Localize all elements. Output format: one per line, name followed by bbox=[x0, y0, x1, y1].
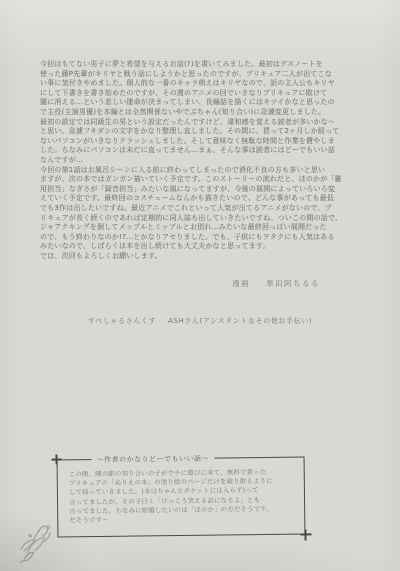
text-line: 今回の第1話はお風呂シーンに入る前に終わってしまったので消化不良の方も多いと思い bbox=[40, 166, 366, 176]
text-line: ジャアクキングを倒してメップルとミップルとお別れ…みたいな最終回っぽい展開だった bbox=[40, 223, 366, 233]
text-line: 使った藤P先輩がキリヤと戦う話にしようかと思ったのですが、プリキュア二人が出てこ… bbox=[40, 70, 366, 80]
special-thanks-credit: ASHさん(アシスタント＆その他お手伝い) bbox=[168, 316, 312, 326]
text-line: ので、もう終わりなのか!?…とかなりアセりました。でも、子供にもヲタクにも人気は… bbox=[40, 233, 366, 243]
special-thanks-line: すぺしゃるさんくす ASHさん(アシスタント＆その他お手伝い) bbox=[0, 316, 400, 326]
text-line: みたいなので、しばらくは本を出し続けても大丈夫かなと思ってます。 bbox=[40, 242, 366, 252]
box-corner-tick bbox=[305, 529, 307, 540]
text-line: にして下書きを書き始めたのですが、その週のアニメの回でいきなりプリキュアに敗けて bbox=[40, 89, 366, 99]
signature-name: 華田阿ちるる bbox=[266, 278, 320, 289]
text-line: リキュアが長く続くのであれば定期的に同人誌も出していきたいですね。ついこの間の話… bbox=[40, 214, 366, 224]
special-thanks-label: すぺしゃるさんくす bbox=[88, 316, 156, 326]
note-box-title: ～作者のかなりどーでもいい話～ bbox=[91, 454, 214, 465]
text-line: 闇に消える…という悲しい運命が決まってしまい、長編話を描くにはキツイかなと思った… bbox=[40, 98, 366, 108]
note-box-body: この間、隣の駅の知り合いの子がウチに遊びに来て、無料で貰ったプリキュアの「ぬりえ… bbox=[69, 468, 296, 526]
text-line: ないパソコンがいきなりクラッシュしました。そして意味なく無駄な時間と作業を費やし… bbox=[40, 137, 366, 147]
pencil-scribble-doodle bbox=[7, 512, 66, 571]
text-line: 今回はもてない男子に夢と希望を与えるお話(?)を書いてみました。最初はデスノート… bbox=[40, 60, 366, 70]
signature-role: 漫画 bbox=[232, 278, 250, 289]
text-line: と思い、急遽フキダシの文字をかなり整理し直しました。その間に、買って2ヶ月しか経… bbox=[40, 127, 366, 137]
text-line: 最初の設定では同級生の男という設定だったんですけど、違和感を覚える読者が多いかな… bbox=[40, 118, 366, 128]
author-note-box: ～作者のかなりどーでもいい話～ この間、隣の駅の知り合いの子がウチに遊びに来て、… bbox=[57, 456, 306, 537]
scanned-afterword-page: 今回はもてない男子に夢と希望を与えるお話(?)を書いてみました。最初はデスノート… bbox=[0, 0, 400, 571]
text-line: でも3作は出したいですね。最近アニメでこれといって人気が出てるアニメがないので、… bbox=[40, 204, 366, 214]
text-line: なんですが… bbox=[40, 156, 366, 166]
text-line: だそうです～ bbox=[69, 514, 295, 526]
text-line: い事に気付きやめました。個人的な一番のキャラ萌えはキリヤなので、話の主人公もキリ… bbox=[40, 79, 366, 89]
text-line: で主役(主演男優)を本編とは全然関係ないやでぶちゃん(知り合い)に急遽変更しまし… bbox=[40, 108, 366, 118]
text-line: えていく予定です。最終回のコスチュームなんかも描きたいので、どんな事があっても最… bbox=[40, 194, 366, 204]
author-signature: 漫画 華田阿ちるる bbox=[232, 278, 320, 289]
text-line: では、次回もよろしくお願いします。 bbox=[40, 252, 366, 262]
afterword-paragraph: 今回はもてない男子に夢と希望を与えるお話(?)を書いてみました。最初はデスノート… bbox=[40, 60, 366, 261]
text-line: 用担当」なぎさが「録音担当」みたいな風になってますが、今後の展開によっていろいろ… bbox=[40, 185, 366, 195]
text-line: ますが、次の本ではガンガン描いていく予定です。このストーリーの流れだと、ほのかが… bbox=[40, 175, 366, 185]
text-line: した。ちなみにパソコンは未だに直ってません…まぁ、そんな事は読者にはどーでもいい… bbox=[40, 146, 366, 156]
box-corner-tick bbox=[56, 455, 58, 465]
